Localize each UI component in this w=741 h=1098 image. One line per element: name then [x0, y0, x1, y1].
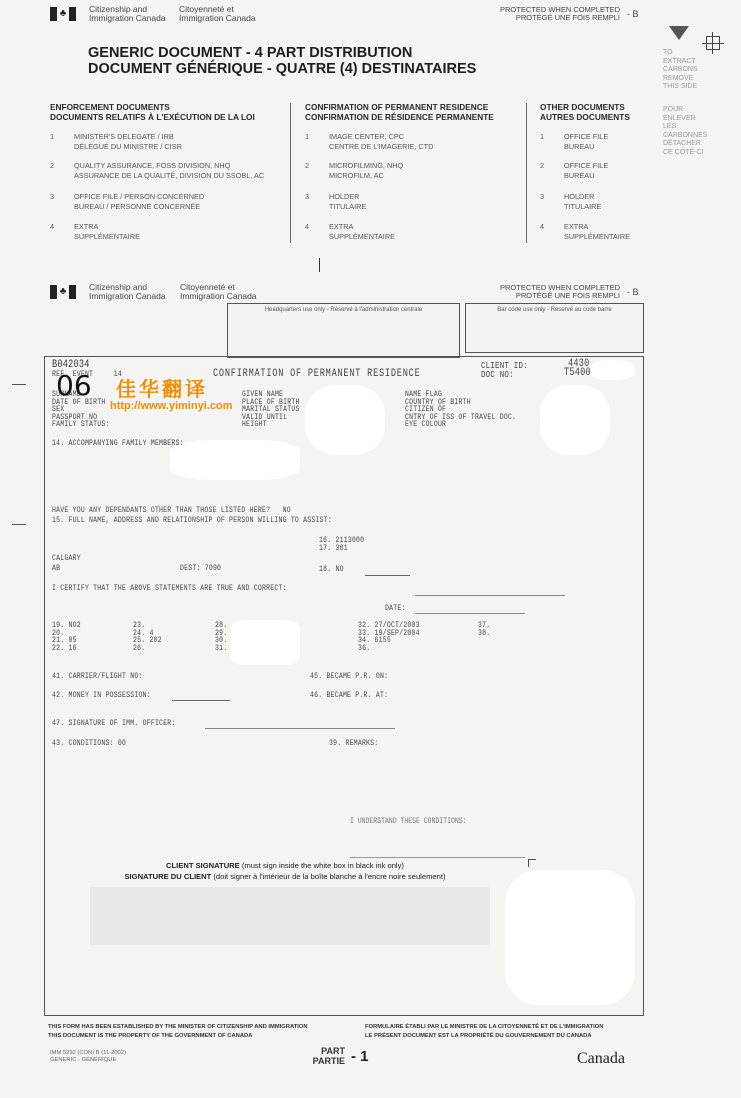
- money-line[interactable]: [172, 700, 230, 701]
- certify-signature-line[interactable]: [415, 595, 565, 596]
- destination: DEST: 7090: [180, 565, 221, 573]
- understand-conditions: I UNDERSTAND THESE CONDITIONS:: [350, 818, 467, 826]
- department-name-fr: Citoyenneté etImmigration Canada: [179, 5, 256, 23]
- instruction-line: CARBONNES: [663, 132, 707, 141]
- code-field: 31.: [215, 645, 227, 653]
- headquarters-use-label: Headquarters use only - Réservé à l'admi…: [228, 304, 459, 313]
- remarks: 39. REMARKS:: [329, 740, 378, 748]
- enforcement-heading: ENFORCEMENT DOCUMENTSDOCUMENTS RELATIFS …: [50, 103, 255, 122]
- protected-class: - B: [627, 9, 639, 19]
- field-18: 18. NO: [319, 566, 344, 574]
- instruction-line: THIS SIDE: [663, 83, 698, 92]
- instruction-line: TO: [663, 49, 698, 58]
- canada-wordmark: Canada: [577, 1050, 625, 1068]
- barcode-use-label: Bar code use only - Réservé au code barr…: [466, 304, 643, 313]
- form-number: IMM 5292 (CON) B (11-2002)GENERIC - GÉNÉ…: [50, 1050, 126, 1064]
- registration-mark-line: [702, 43, 724, 44]
- column-divider: [290, 103, 291, 243]
- became-pr-on: 45. BECAME P.R. ON:: [310, 673, 388, 681]
- doc-no: T5400: [564, 370, 591, 378]
- city: CALGARY: [52, 555, 81, 563]
- column-divider: [526, 103, 527, 243]
- money-in-possession: 42. MONEY IN POSSESSION:: [52, 692, 151, 700]
- code-field: 26.: [133, 645, 145, 653]
- client-signature-box[interactable]: [90, 887, 490, 945]
- handwritten-number: 06: [56, 371, 92, 401]
- instruction-line: POUR: [663, 106, 707, 115]
- field-label: HEIGHT: [242, 421, 300, 429]
- page-title: GENERIC DOCUMENT - 4 PART DISTRIBUTIONDO…: [88, 45, 476, 77]
- headquarters-use-box: Headquarters use only - Réservé à l'admi…: [227, 303, 460, 358]
- field-18-line: [365, 575, 410, 576]
- carbon-instructions-en: TOEXTRACTCARBONSREMOVETHIS SIDE: [663, 49, 698, 92]
- officer-signature-line[interactable]: [205, 728, 395, 729]
- client-signature-instructions: CLIENT SIGNATURE (must sign inside the w…: [60, 860, 510, 882]
- other-documents-heading: OTHER DOCUMENTSAUTRES DOCUMENTS: [540, 103, 630, 122]
- instruction-line: CE CÔTÉ-CI: [663, 149, 707, 158]
- footer-en: THIS FORM HAS BEEN ESTABLISHED BY THE MI…: [48, 1023, 308, 1040]
- personal-fields-middle: GIVEN NAMEPLACE OF BIRTHMARITAL STATUSVA…: [242, 391, 316, 429]
- province: AB: [52, 565, 60, 573]
- extract-arrow-icon: [669, 26, 689, 40]
- code-field: 38.: [478, 630, 490, 638]
- code-field: 36.: [358, 645, 370, 653]
- protected-notice: PROTECTED WHEN COMPLETEDPROTÉGÉ UNE FOIS…: [470, 6, 620, 22]
- officer-signature-label: 47. SIGNATURE OF IMM. OFFICER:: [52, 720, 176, 728]
- became-pr-at: 46. BECAME P.R. AT:: [310, 692, 388, 700]
- part-number: - 1: [351, 1048, 369, 1065]
- personal-fields-right: NAME FLAGCOUNTRY OF BIRTHCITIZEN OFCNTRY…: [405, 391, 548, 429]
- protected-notice: PROTECTED WHEN COMPLETEDPROTÉGÉ UNE FOIS…: [470, 284, 620, 300]
- watermark-brand: 佳华翻译: [116, 373, 208, 402]
- accompanying-label: 14. ACCOMPANYING FAMILY MEMBERS:: [52, 440, 184, 448]
- margin-mark: [12, 384, 26, 385]
- understand-signature-line[interactable]: [350, 857, 525, 858]
- record-heading: CONFIRMATION OF PERMANENT RESIDENCE: [213, 369, 421, 379]
- department-name-en: Citizenship andImmigration Canada: [89, 5, 166, 23]
- carrier-flight: 41. CARRIER/FLIGHT NO:: [52, 673, 143, 681]
- code-field: 22. 16: [52, 645, 77, 653]
- assist-label: 15. FULL NAME, ADDRESS AND RELATIONSHIP …: [52, 517, 332, 525]
- corner-mark: [528, 859, 536, 867]
- carbon-instructions-fr: POURENLEVERLESCARBONNESDÉTACHERCE CÔTÉ-C…: [663, 106, 707, 157]
- date-line[interactable]: [415, 613, 525, 614]
- barcode-use-box: Bar code use only - Réservé au code barr…: [465, 303, 644, 353]
- instruction-line: REMOVE: [663, 75, 698, 84]
- footer-fr: FORMULAIRE ÉTABLI PAR LE MINISTRE DE LA …: [365, 1023, 603, 1040]
- department-name-en: Citizenship andImmigration Canada: [89, 283, 166, 301]
- instruction-line: DÉTACHER: [663, 140, 707, 149]
- date-label: DATE:: [385, 605, 406, 613]
- dependants-question: HAVE YOU ANY DEPENDANTS OTHER THAN THOSE…: [52, 507, 291, 515]
- instruction-line: CARBONS: [663, 66, 698, 75]
- canada-flag-icon: ♣: [50, 285, 76, 299]
- part-label: PARTPARTIE: [300, 1046, 345, 1066]
- confirmation-heading: CONFIRMATION OF PERMANENT RESIDENCECONFI…: [305, 103, 494, 122]
- instruction-line: EXTRACT: [663, 58, 698, 67]
- certify-statement: I CERTIFY THAT THE ABOVE STATEMENTS ARE …: [52, 585, 287, 593]
- watermark-url: http://www.yiminyi.com: [110, 400, 232, 412]
- field-17: 17. 301: [319, 545, 348, 553]
- field-label: EYE COLOUR: [405, 421, 516, 429]
- instruction-line: LES: [663, 123, 707, 132]
- margin-mark: [12, 524, 26, 525]
- doc-no-label: DOC NO:: [481, 371, 514, 379]
- conditions: 43. CONDITIONS: 00: [52, 740, 126, 748]
- field-label: FAMILY STATUS:: [52, 421, 110, 429]
- instruction-line: ENLEVER: [663, 115, 707, 124]
- canada-flag-icon: ♣: [50, 7, 76, 21]
- tear-mark: [319, 258, 320, 272]
- department-name-fr: Citoyenneté etImmigration Canada: [180, 283, 257, 301]
- protected-class: - B: [627, 287, 639, 297]
